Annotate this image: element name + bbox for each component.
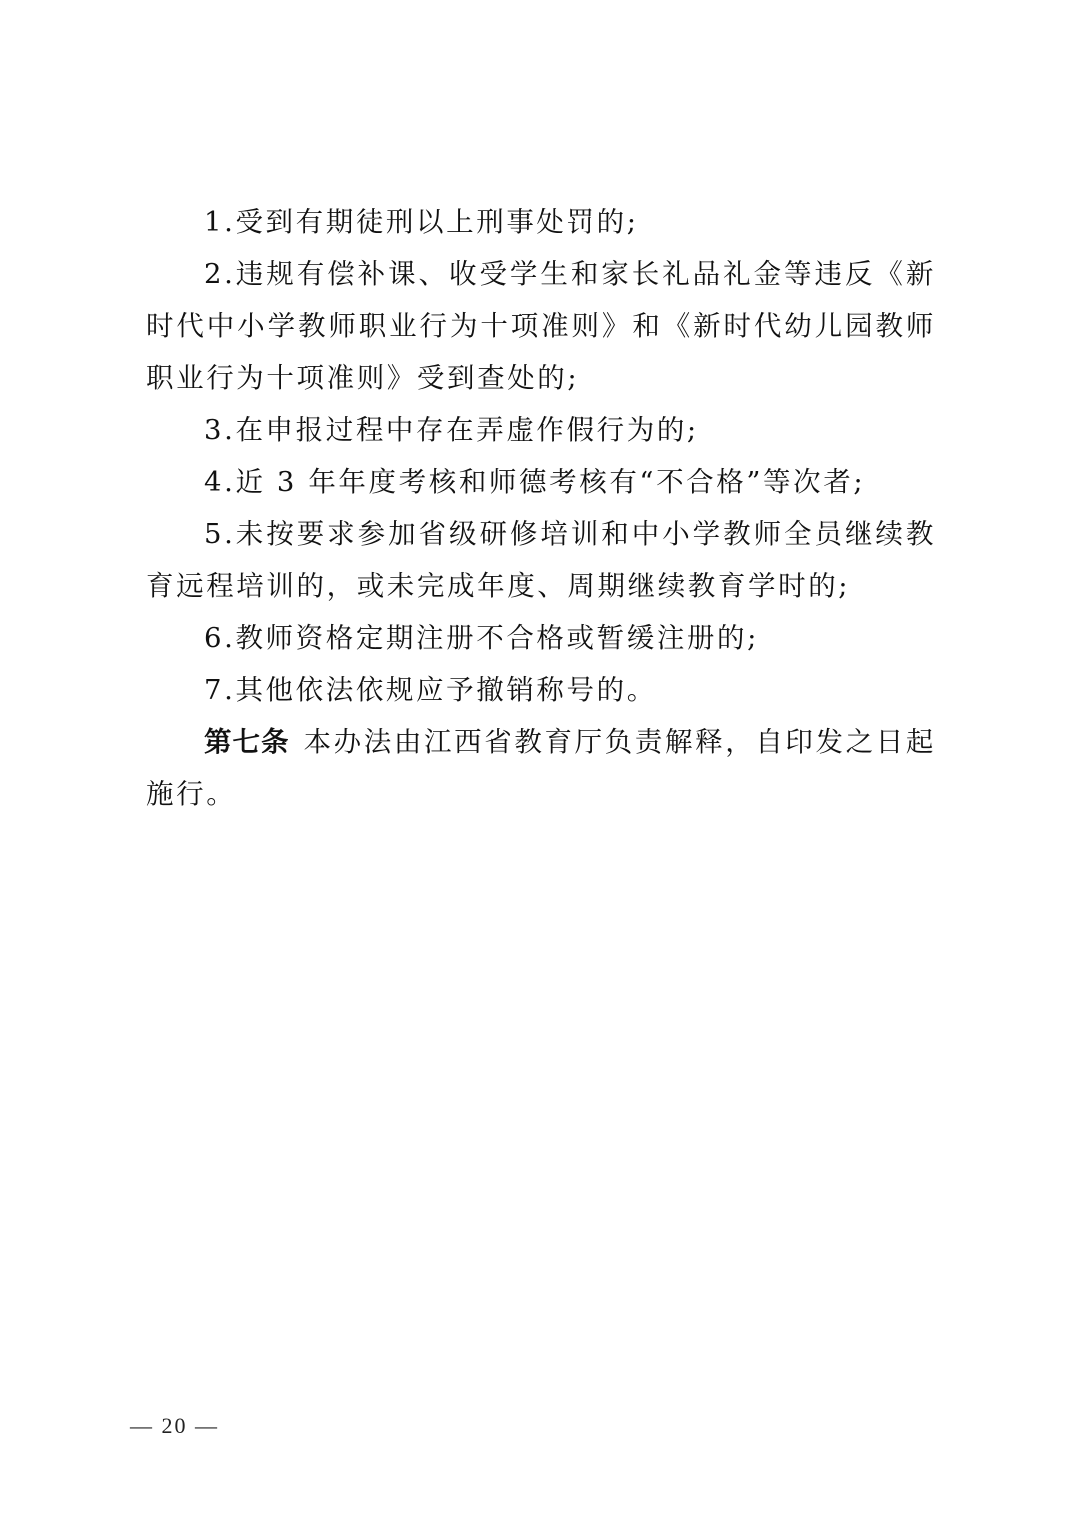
list-item-2: 2.违规有偿补课、收受学生和家长礼品礼金等违反《新时代中小学教师职业行为十项准则… bbox=[146, 248, 936, 404]
list-item-1: 1.受到有期徒刑以上刑事处罚的; bbox=[146, 196, 936, 248]
list-item-5: 5.未按要求参加省级研修培训和中小学教师全员继续教育远程培训的，或未完成年度、周… bbox=[146, 508, 936, 612]
list-item-6: 6.教师资格定期注册不合格或暂缓注册的; bbox=[146, 612, 936, 664]
article-heading: 第七条 bbox=[204, 726, 290, 758]
page-number: — 20 — bbox=[130, 1413, 219, 1439]
list-item-3: 3.在申报过程中存在弄虚作假行为的; bbox=[146, 404, 936, 456]
document-body: 1.受到有期徒刑以上刑事处罚的; 2.违规有偿补课、收受学生和家长礼品礼金等违反… bbox=[146, 196, 936, 820]
list-item-7: 7.其他依法依规应予撤销称号的。 bbox=[146, 664, 936, 716]
list-item-4: 4.近 3 年年度考核和师德考核有“不合格”等次者; bbox=[146, 456, 936, 508]
document-page: 1.受到有期徒刑以上刑事处罚的; 2.违规有偿补课、收受学生和家长礼品礼金等违反… bbox=[0, 0, 1074, 1520]
article-seven: 第七条本办法由江西省教育厅负责解释，自印发之日起施行。 bbox=[146, 716, 936, 820]
